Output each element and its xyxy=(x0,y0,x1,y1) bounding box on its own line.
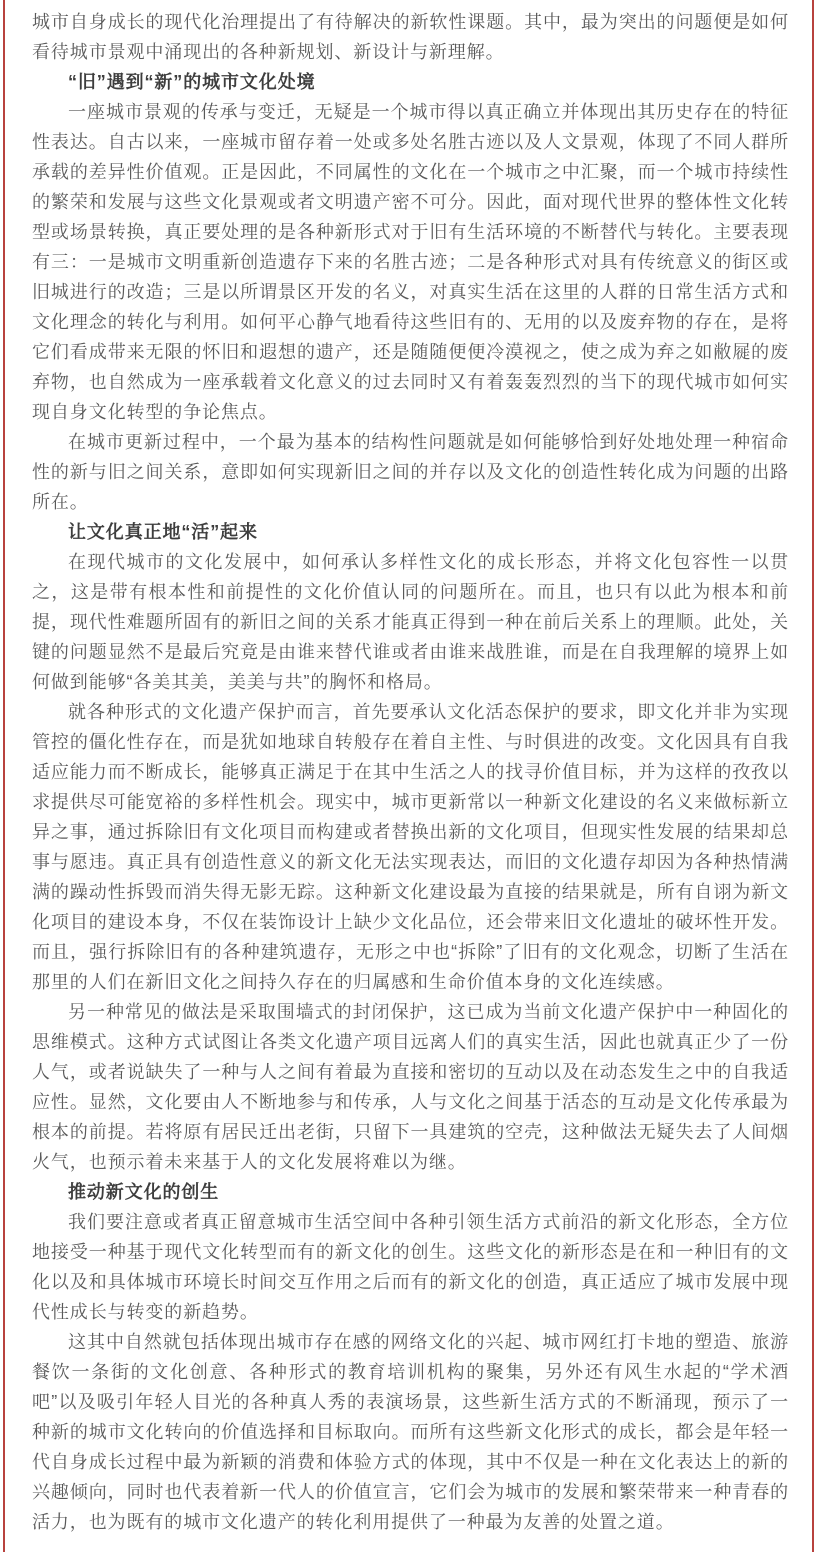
article-paragraph: 在城市更新过程中，一个最为基本的结构性问题就是如何能够恰到好处地处理一种宿命性的… xyxy=(32,427,789,517)
section-heading-old-meets-new: “旧”遇到“新”的城市文化处境 xyxy=(32,67,789,97)
right-edge-rule xyxy=(812,0,814,1552)
left-edge-rule xyxy=(3,0,5,1552)
article-paragraph: 这其中自然就包括体现出城市存在感的网络文化的兴起、城市网红打卡地的塑造、旅游餐饮… xyxy=(32,1327,789,1537)
article-paragraph: 就各种形式的文化遗产保护而言，首先要承认文化活态保护的要求，即文化并非为实现管控… xyxy=(32,697,789,997)
article-body: 城市自身成长的现代化治理提出了有待解决的新软性课题。其中，最为突出的问题便是如何… xyxy=(32,0,789,1537)
section-heading-promote-new-culture: 推动新文化的创生 xyxy=(32,1177,789,1207)
section-heading-let-culture-live: 让文化真正地“活”起来 xyxy=(32,517,789,547)
article-paragraph: 我们要注意或者真正留意城市生活空间中各种引领生活方式前沿的新文化形态，全方位地接… xyxy=(32,1207,789,1327)
article-paragraph: 在现代城市的文化发展中，如何承认多样性文化的成长形态，并将文化包容性一以贯之，这… xyxy=(32,547,789,697)
article-paragraph: 一座城市景观的传承与变迁，无疑是一个城市得以真正确立并体现出其历史存在的特征性表… xyxy=(32,97,789,427)
paragraph-continuation: 城市自身成长的现代化治理提出了有待解决的新软性课题。其中，最为突出的问题便是如何… xyxy=(32,7,789,67)
article-paragraph: 另一种常见的做法是采取围墙式的封闭保护，这已成为当前文化遗产保护中一种固化的思维… xyxy=(32,997,789,1177)
article-page: 城市自身成长的现代化治理提出了有待解决的新软性课题。其中，最为突出的问题便是如何… xyxy=(0,0,820,1552)
